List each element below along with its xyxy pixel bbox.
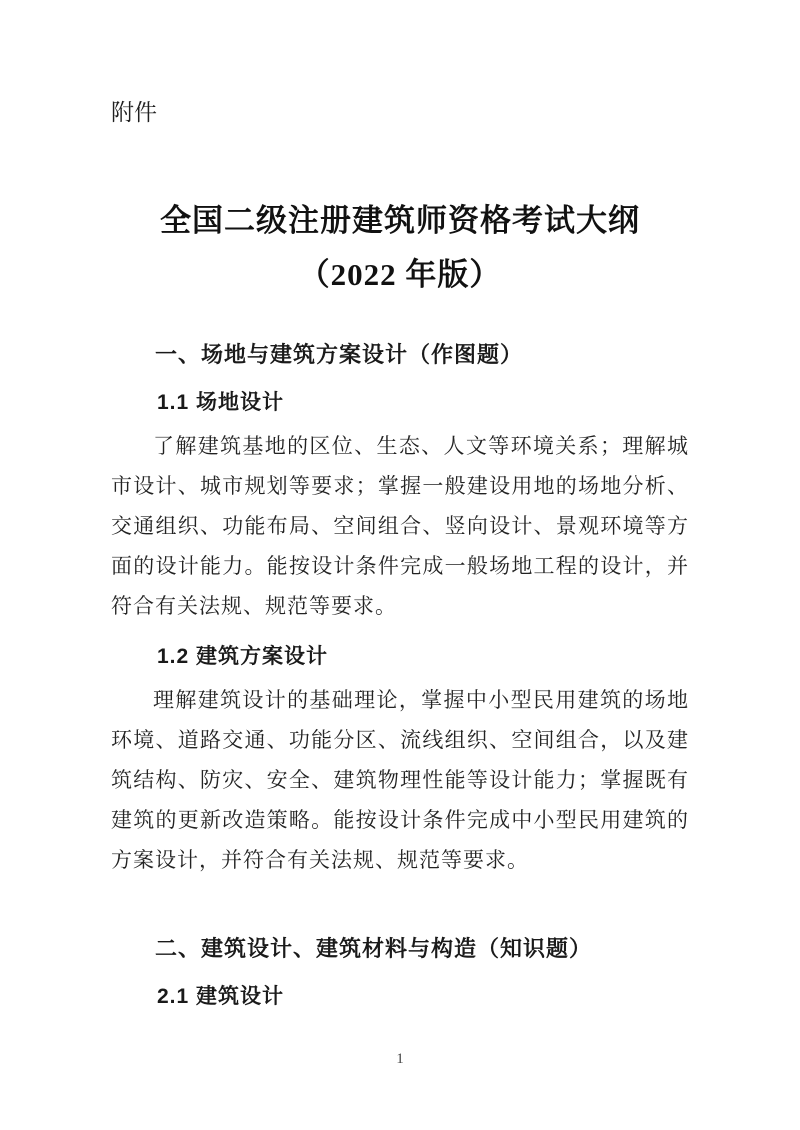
attachment-label: 附件 xyxy=(111,98,689,128)
section-building-design-materials: 二、建筑设计、建筑材料与构造（知识题） 2.1 建筑设计 xyxy=(111,932,689,1012)
subsection-1-2-heading: 1.2 建筑方案设计 xyxy=(111,642,689,672)
document-page: 附件 全国二级注册建筑师资格考试大纲 （2022 年版） 一、场地与建筑方案设计… xyxy=(0,0,800,1130)
subsection-1-2-paragraph: 理解建筑设计的基础理论，掌握中小型民用建筑的场地环境、道路交通、功能分区、流线组… xyxy=(111,680,689,880)
section-2-heading: 二、建筑设计、建筑材料与构造（知识题） xyxy=(111,932,689,966)
document-title-line1: 全国二级注册建筑师资格考试大纲 xyxy=(111,194,689,248)
section-site-and-scheme-design: 一、场地与建筑方案设计（作图题） 1.1 场地设计 了解建筑基地的区位、生态、人… xyxy=(111,338,689,880)
document-title-line2: （2022 年版） xyxy=(111,248,689,302)
document-content: 附件 全国二级注册建筑师资格考试大纲 （2022 年版） 一、场地与建筑方案设计… xyxy=(0,98,800,1012)
section-1-heading: 一、场地与建筑方案设计（作图题） xyxy=(111,338,689,372)
document-title: 全国二级注册建筑师资格考试大纲 （2022 年版） xyxy=(111,194,689,302)
page-number: 1 xyxy=(0,1051,800,1068)
subsection-1-1-paragraph: 了解建筑基地的区位、生态、人文等环境关系；理解城市设计、城市规划等要求；掌握一般… xyxy=(111,426,689,626)
subsection-2-1-heading: 2.1 建筑设计 xyxy=(111,982,689,1012)
subsection-1-1-heading: 1.1 场地设计 xyxy=(111,388,689,418)
